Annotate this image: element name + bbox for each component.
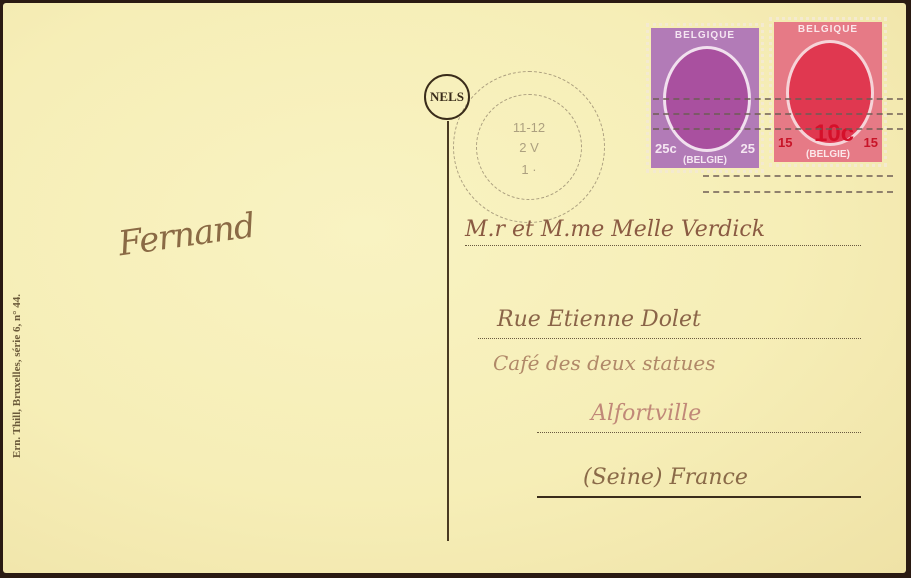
- stamp-value-right: 15: [864, 135, 878, 150]
- cancel-wave: [653, 128, 903, 131]
- stamp-value-left: 15: [778, 135, 792, 150]
- cancel-wave: [653, 113, 903, 116]
- address-divider: [447, 121, 449, 541]
- nels-monogram-logo: NELS: [424, 74, 470, 120]
- cancel-wave: [703, 175, 893, 178]
- stamp-surcharge: 10c: [814, 120, 854, 148]
- stamp-country-bottom: (BELGIE): [772, 149, 884, 160]
- business-name: Café des deux statues: [493, 351, 715, 375]
- address-line-2: [478, 338, 861, 339]
- street-address: Rue Etienne Dolet: [497, 307, 701, 332]
- stamp-value-right: 25: [741, 141, 755, 156]
- stamp-value-left: 25c: [655, 141, 677, 156]
- publisher-imprint: Ern. Thill, Bruxelles, série 6, n° 44.: [11, 294, 23, 458]
- address-line-4: [537, 496, 861, 498]
- address-line-3: [537, 432, 861, 433]
- postmark-year: 1 ·: [454, 162, 604, 177]
- postmark-date: 11-12: [454, 120, 604, 135]
- stamp-country-top: BELGIQUE: [772, 24, 884, 35]
- city: Alfortville: [591, 401, 701, 426]
- postcard: Ern. Thill, Bruxelles, série 6, n° 44. F…: [3, 3, 906, 573]
- stamp-country-bottom: (BELGIE): [649, 155, 761, 166]
- signature: Fernand: [116, 206, 257, 265]
- address-line-1: [465, 245, 861, 246]
- region-country: (Seine) France: [583, 465, 748, 490]
- postmark-month: 2 V: [454, 140, 604, 155]
- recipient-name: M.r et M.me Melle Verdick: [465, 217, 765, 242]
- cancel-wave: [703, 191, 893, 194]
- stamp-country-top: BELGIQUE: [649, 30, 761, 41]
- cancel-wave: [653, 98, 903, 101]
- postmark: 11-12 2 V 1 ·: [453, 71, 605, 223]
- stamp-red: BELGIQUE 10c 15 15 (BELGIE): [769, 17, 887, 167]
